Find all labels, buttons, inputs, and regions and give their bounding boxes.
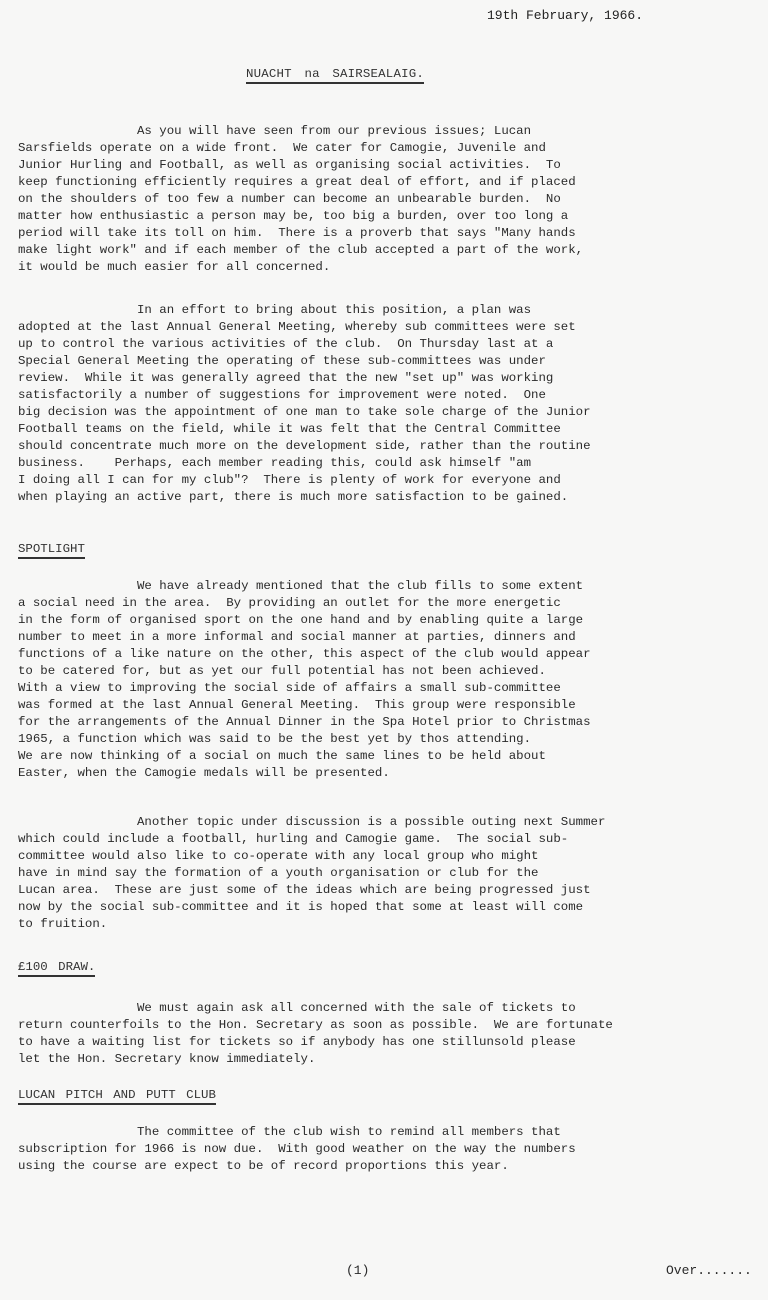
section-heading-spotlight: SPOTLIGHT (18, 542, 85, 559)
pitch-and-putt-paragraph: The committee of the club wish to remind… (18, 1124, 768, 1175)
page-number: (1) (346, 1263, 369, 1278)
intro-paragraph-2: In an effort to bring about this positio… (18, 302, 768, 506)
newsletter-page: 19th February, 1966. NUACHT na SAIRSEALA… (0, 0, 768, 1300)
section-heading-draw: £100 DRAW. (18, 960, 95, 977)
spotlight-paragraph-2: Another topic under discussion is a poss… (18, 814, 768, 933)
section-heading-pitch-and-putt: LUCAN PITCH AND PUTT CLUB (18, 1088, 216, 1105)
newsletter-title: NUACHT na SAIRSEALAIG. (246, 67, 424, 84)
draw-paragraph: We must again ask all concerned with the… (18, 1000, 768, 1068)
continuation-note: Over....... (666, 1263, 752, 1278)
intro-paragraph-1: As you will have seen from our previous … (18, 123, 768, 276)
spotlight-paragraph-1: We have already mentioned that the club … (18, 578, 768, 782)
document-date: 19th February, 1966. (487, 8, 643, 23)
